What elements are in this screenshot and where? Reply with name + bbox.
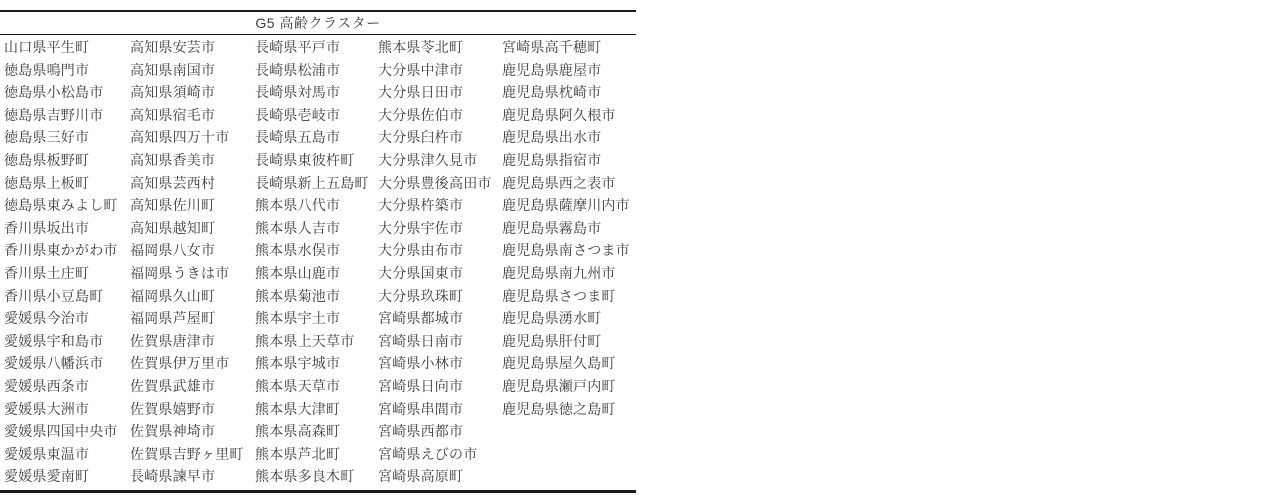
table-cell: 熊本県菊池市: [251, 285, 374, 308]
table-cell: 徳島県東みよし町: [0, 194, 126, 217]
table-row: 徳島県上板町高知県芸西村長崎県新上五島町大分県豊後高田市鹿児島県西之表市: [0, 172, 636, 195]
table-cell: 大分県佐伯市: [374, 104, 498, 127]
table-cell: 大分県臼杵市: [374, 126, 498, 149]
table-cell: 愛媛県東温市: [0, 443, 126, 466]
table-cell: 山口県平生町: [0, 36, 126, 59]
table-cell: 大分県宇佐市: [374, 217, 498, 240]
table-cell: 鹿児島県薩摩川内市: [498, 194, 636, 217]
table-row: 愛媛県今治市福岡県芦屋町熊本県宇土市宮崎県都城市鹿児島県湧水町: [0, 307, 636, 330]
table-row: 愛媛県愛南町長崎県諫早市熊本県多良木町宮崎県高原町: [0, 465, 636, 488]
table-row: 徳島県小松島市高知県須崎市長崎県対馬市大分県日田市鹿児島県枕崎市: [0, 81, 636, 104]
table-row: 徳島県鳴門市高知県南国市長崎県松浦市大分県中津市鹿児島県鹿屋市: [0, 59, 636, 82]
table-cell: 熊本県天草市: [251, 375, 374, 398]
table-cell: 鹿児島県南九州市: [498, 262, 636, 285]
table-cell: 鹿児島県霧島市: [498, 217, 636, 240]
table-cell: 高知県安芸市: [126, 36, 251, 59]
table-cell: 鹿児島県出水市: [498, 126, 636, 149]
table-cell: 香川県東かがわ市: [0, 239, 126, 262]
table-cell: 愛媛県西条市: [0, 375, 126, 398]
table-row: 愛媛県八幡浜市佐賀県伊万里市熊本県宇城市宮崎県小林市鹿児島県屋久島町: [0, 352, 636, 375]
table-cell: 熊本県高森町: [251, 420, 374, 443]
table-cell: [498, 465, 636, 488]
table-row: 香川県東かがわ市福岡県八女市熊本県水俣市大分県由布市鹿児島県南さつま市: [0, 239, 636, 262]
table-cell: 高知県香美市: [126, 149, 251, 172]
table-cell: 長崎県東彼杵町: [251, 149, 374, 172]
table-row: 愛媛県大洲市佐賀県嬉野市熊本県大津町宮崎県串間市鹿児島県徳之島町: [0, 398, 636, 421]
table-cell: 徳島県吉野川市: [0, 104, 126, 127]
table-cell: 長崎県五島市: [251, 126, 374, 149]
table-cell: 鹿児島県南さつま市: [498, 239, 636, 262]
table-cell: 鹿児島県西之表市: [498, 172, 636, 195]
table-cell: 宮崎県西都市: [374, 420, 498, 443]
table-cell: 香川県坂出市: [0, 217, 126, 240]
table-cell: 大分県玖珠町: [374, 285, 498, 308]
table-cell: 長崎県松浦市: [251, 59, 374, 82]
table-cell: 鹿児島県さつま町: [498, 285, 636, 308]
table-cell: 高知県須崎市: [126, 81, 251, 104]
table-cell: 高知県四万十市: [126, 126, 251, 149]
table-cell: 鹿児島県鹿屋市: [498, 59, 636, 82]
table-cell: 鹿児島県湧水町: [498, 307, 636, 330]
table-row: 山口県平生町高知県安芸市長崎県平戸市熊本県苓北町宮崎県高千穂町: [0, 36, 636, 59]
table-row: 徳島県板野町高知県香美市長崎県東彼杵町大分県津久見市鹿児島県指宿市: [0, 149, 636, 172]
table-row: 愛媛県西条市佐賀県武雄市熊本県天草市宮崎県日向市鹿児島県瀬戸内町: [0, 375, 636, 398]
table-cell: 大分県中津市: [374, 59, 498, 82]
table-cell: 長崎県平戸市: [251, 36, 374, 59]
table-cell: 鹿児島県徳之島町: [498, 398, 636, 421]
cluster-table: G5 高齢クラスター 山口県平生町高知県安芸市長崎県平戸市熊本県苓北町宮崎県高千…: [0, 10, 636, 493]
table-cell: 長崎県壱岐市: [251, 104, 374, 127]
table-row: 徳島県東みよし町高知県佐川町熊本県八代市大分県杵築市鹿児島県薩摩川内市: [0, 194, 636, 217]
table-row: 愛媛県東温市佐賀県吉野ヶ里町熊本県芦北町宮崎県えびの市: [0, 443, 636, 466]
table-body: 山口県平生町高知県安芸市長崎県平戸市熊本県苓北町宮崎県高千穂町徳島県鳴門市高知県…: [0, 35, 636, 490]
table-cell: 鹿児島県阿久根市: [498, 104, 636, 127]
table-cell: 大分県杵築市: [374, 194, 498, 217]
table-cell: 熊本県宇城市: [251, 352, 374, 375]
table-row: 徳島県吉野川市高知県宿毛市長崎県壱岐市大分県佐伯市鹿児島県阿久根市: [0, 104, 636, 127]
table-cell: 宮崎県都城市: [374, 307, 498, 330]
table-cell: 大分県国東市: [374, 262, 498, 285]
table-row: 愛媛県四国中央市佐賀県神埼市熊本県高森町宮崎県西都市: [0, 420, 636, 443]
table-row: 愛媛県宇和島市佐賀県唐津市熊本県上天草市宮崎県日南市鹿児島県肝付町: [0, 330, 636, 353]
table-cell: 宮崎県えびの市: [374, 443, 498, 466]
table-row: 香川県土庄町福岡県うきは市熊本県山鹿市大分県国東市鹿児島県南九州市: [0, 262, 636, 285]
table-cell: 熊本県山鹿市: [251, 262, 374, 285]
table-cell: 愛媛県八幡浜市: [0, 352, 126, 375]
table-cell: 大分県津久見市: [374, 149, 498, 172]
table-row: 徳島県三好市高知県四万十市長崎県五島市大分県臼杵市鹿児島県出水市: [0, 126, 636, 149]
table-cell: [498, 420, 636, 443]
table-cell: 鹿児島県指宿市: [498, 149, 636, 172]
table-cell: 熊本県宇土市: [251, 307, 374, 330]
table-cell: 愛媛県宇和島市: [0, 330, 126, 353]
table-cell: 熊本県上天草市: [251, 330, 374, 353]
table-cell: 大分県由布市: [374, 239, 498, 262]
page: G5 高齢クラスター 山口県平生町高知県安芸市長崎県平戸市熊本県苓北町宮崎県高千…: [0, 0, 1280, 498]
table-cell: 大分県豊後高田市: [374, 172, 498, 195]
table-cell: 高知県宿毛市: [126, 104, 251, 127]
table-cell: 徳島県板野町: [0, 149, 126, 172]
table-cell: 福岡県うきは市: [126, 262, 251, 285]
table-cell: 愛媛県大洲市: [0, 398, 126, 421]
table-cell: 佐賀県嬉野市: [126, 398, 251, 421]
table-cell: 熊本県苓北町: [374, 36, 498, 59]
table-cell: 大分県日田市: [374, 81, 498, 104]
table-cell: 鹿児島県枕崎市: [498, 81, 636, 104]
table-cell: 鹿児島県屋久島町: [498, 352, 636, 375]
table-cell: 佐賀県吉野ヶ里町: [126, 443, 251, 466]
table-cell: 佐賀県武雄市: [126, 375, 251, 398]
table-cell: 宮崎県串間市: [374, 398, 498, 421]
table-cell: 佐賀県神埼市: [126, 420, 251, 443]
table-cell: 愛媛県愛南町: [0, 465, 126, 488]
table-cell: 徳島県三好市: [0, 126, 126, 149]
table-cell: 熊本県芦北町: [251, 443, 374, 466]
table-cell: 長崎県対馬市: [251, 81, 374, 104]
table-cell: 宮崎県日南市: [374, 330, 498, 353]
table-cell: 宮崎県日向市: [374, 375, 498, 398]
table-cell: [498, 443, 636, 466]
table-cell: 宮崎県高千穂町: [498, 36, 636, 59]
table-cell: 佐賀県伊万里市: [126, 352, 251, 375]
table-cell: 福岡県久山町: [126, 285, 251, 308]
table-cell: 熊本県水俣市: [251, 239, 374, 262]
table-cell: 佐賀県唐津市: [126, 330, 251, 353]
table-cell: 鹿児島県肝付町: [498, 330, 636, 353]
table-cell: 香川県小豆島町: [0, 285, 126, 308]
table-cell: 高知県佐川町: [126, 194, 251, 217]
table-cell: 高知県南国市: [126, 59, 251, 82]
table-cell: 宮崎県高原町: [374, 465, 498, 488]
table-cell: 徳島県小松島市: [0, 81, 126, 104]
table-cell: 熊本県人吉市: [251, 217, 374, 240]
table-cell: 高知県越知町: [126, 217, 251, 240]
table-cell: 熊本県八代市: [251, 194, 374, 217]
table-cell: 長崎県新上五島町: [251, 172, 374, 195]
table-row: 香川県坂出市高知県越知町熊本県人吉市大分県宇佐市鹿児島県霧島市: [0, 217, 636, 240]
table-cell: 徳島県鳴門市: [0, 59, 126, 82]
table-cell: 熊本県大津町: [251, 398, 374, 421]
table-cell: 愛媛県今治市: [0, 307, 126, 330]
table-cell: 福岡県八女市: [126, 239, 251, 262]
table-cell: 愛媛県四国中央市: [0, 420, 126, 443]
table-cell: 宮崎県小林市: [374, 352, 498, 375]
table-cell: 熊本県多良木町: [251, 465, 374, 488]
table-cell: 鹿児島県瀬戸内町: [498, 375, 636, 398]
table-cell: 徳島県上板町: [0, 172, 126, 195]
table-cell: 高知県芸西村: [126, 172, 251, 195]
table-cell: 長崎県諫早市: [126, 465, 251, 488]
table-row: 香川県小豆島町福岡県久山町熊本県菊池市大分県玖珠町鹿児島県さつま町: [0, 285, 636, 308]
table-title: G5 高齢クラスター: [0, 12, 636, 35]
table-cell: 香川県土庄町: [0, 262, 126, 285]
table-cell: 福岡県芦屋町: [126, 307, 251, 330]
